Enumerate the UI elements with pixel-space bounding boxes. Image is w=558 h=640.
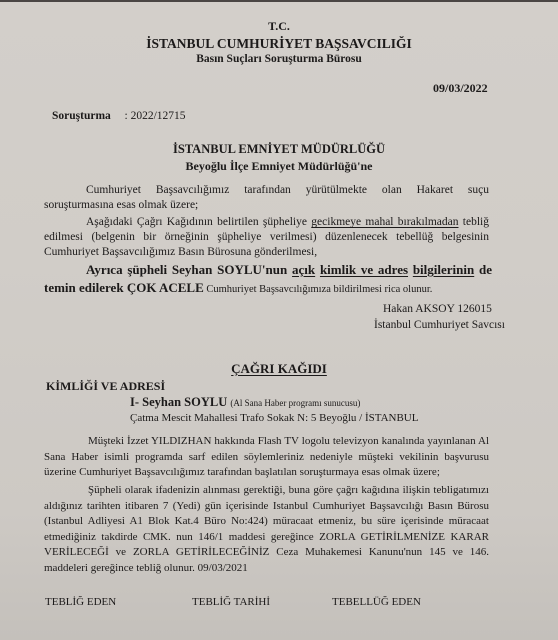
investigation-label: Soruşturma	[52, 110, 111, 122]
header-bureau: Basın Suçları Soruşturma Bürosu	[0, 53, 558, 65]
summons-paragraph-2: Şüpheli olarak ifadenizin alınması gerek…	[44, 483, 489, 576]
header-office: İSTANBUL CUMHURİYET BAŞSAVCILIĞI	[0, 36, 558, 52]
signature-title: İstanbul Cumhuriyet Savcısı	[374, 319, 505, 331]
document-page: T.C. İSTANBUL CUMHURİYET BAŞSAVCILIĞI Ba…	[0, 2, 558, 640]
suspect-name: I- Seyhan SOYLU (Al Sana Haber programı …	[130, 395, 360, 410]
underlined-urgency: gecikmeye mahal bırakılmadan	[311, 216, 458, 228]
signature-name: Hakan AKSOY 126015	[383, 303, 492, 315]
header-country: T.C.	[0, 19, 558, 34]
identity-heading: KİMLİĞİ VE ADRESİ	[46, 379, 165, 394]
suspect-address: Çatma Mescit Mahallesi Trafo Sokak N: 5 …	[130, 412, 418, 424]
investigation-number: Soruşturma : 2022/12715	[52, 110, 186, 122]
letter-paragraph-3: Ayrıca şüpheli Seyhan SOYLU'nun açık kim…	[44, 261, 492, 299]
footer-served-by: TEBLİĞ EDEN	[45, 596, 116, 608]
document-date: 09/03/2022	[433, 81, 488, 96]
footer-service-date: TEBLİĞ TARİHİ	[192, 596, 270, 608]
summons-title: ÇAĞRI KAĞIDI	[0, 361, 558, 377]
letter-paragraph-2: Aşağıdaki Çağrı Kağıdının belirtilen şüp…	[44, 215, 489, 260]
suspect-role: (Al Sana Haber programı sunucusu)	[230, 398, 360, 408]
recipient-line1: İSTANBUL EMNİYET MÜDÜRLÜĞÜ	[0, 142, 558, 157]
summons-paragraph-1: Müşteki İzzet YILDIZHAN hakkında Flash T…	[44, 434, 489, 481]
footer-received-by: TEBELLÜĞ EDEN	[332, 596, 421, 608]
urgent-label: ÇOK ACELE	[127, 280, 204, 295]
investigation-value: : 2022/12715	[125, 110, 186, 122]
recipient-line2: Beyoğlu İlçe Emniyet Müdürlüğü'ne	[0, 159, 558, 174]
letter-paragraph-1: Cumhuriyet Başsavcılığımız tarafından yü…	[44, 183, 489, 213]
